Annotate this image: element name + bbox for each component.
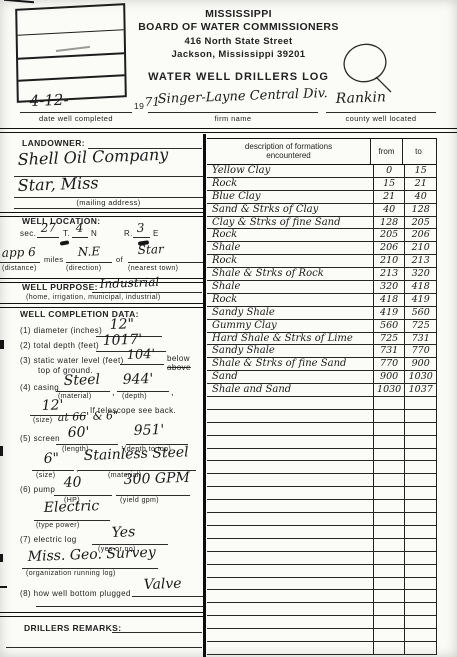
ink-smudge [60,240,70,246]
formation-from: 15 [373,178,405,190]
formation-row: Sandy Shale419560 [207,307,436,320]
formation-row [207,436,436,449]
formations-header-line2: encountered [207,151,370,160]
formation-from [373,397,405,409]
rule-line [6,647,202,648]
formation-to: 128 [404,204,436,216]
formation-description: Rock [207,229,373,241]
landowner-label: LANDOWNER: [22,139,85,148]
formation-row: Shale & Strks of Rock213320 [207,268,436,281]
formation-from [373,629,405,641]
formations-from-header: from [370,139,402,164]
formation-from [373,603,405,615]
landowner-name-value: Shell Oil Company [17,147,168,168]
formation-from [373,410,405,422]
rule-line [22,568,158,569]
rule-line [92,292,202,293]
formation-description [207,513,373,525]
formation-from [373,487,405,499]
distance-value: app 6 [2,246,36,259]
formation-description: Shale and Sand [207,384,373,396]
formation-description: Shale [207,281,373,293]
formation-description: Rock [207,255,373,267]
range-label: R. [124,230,133,238]
double-rule [0,303,204,308]
formation-row: Shale and Sand10301037 [207,384,436,397]
formation-row [207,500,436,513]
formation-description: Gummy Clay [207,320,373,332]
range-value: 3 [137,222,145,234]
formation-from: 40 [373,204,405,216]
formation-row [207,539,436,552]
formation-description [207,487,373,499]
casing-label: (4) casing [20,384,59,392]
year-prefix: 19 [134,102,144,111]
formation-row: Blue Clay2140 [207,191,436,204]
scan-edge-mark [0,340,4,349]
county-value: Rankin [336,90,387,106]
formation-description: Clay & Strks of fine Sand [207,217,373,229]
township-value: 4 [76,222,84,234]
double-rule [0,128,457,133]
formation-row: Rock418419 [207,294,436,307]
rule-line [20,112,132,113]
casing-depth-label: (depth) [122,393,147,400]
formation-row [207,578,436,591]
form-title: WATER WELL DRILLERS LOG [20,72,457,83]
total-depth-value: 1017' [103,333,143,348]
mailing-address-label: (mailing address) [14,199,203,207]
county-label: county well located [326,115,436,123]
of-label: of [116,256,123,264]
formation-description [207,642,373,654]
east-label: E [153,230,159,238]
formation-from [373,500,405,512]
formation-row [207,552,436,565]
formation-row: Clay & Strks of fine Sand128205 [207,217,436,230]
formation-from [373,526,405,538]
formation-to [404,410,436,422]
well-purpose-options-label: (home, irrigation, municipal, industrial… [26,294,161,301]
formation-to: 205 [404,217,436,229]
formation-to [404,423,436,435]
formation-to [404,449,436,461]
casing-depth-value: 944' [123,372,154,387]
formation-description [207,552,373,564]
formation-row [207,603,436,616]
rule-line [32,470,74,471]
formation-description [207,539,373,551]
formation-description: Rock [207,178,373,190]
formation-description: Sand [207,371,373,383]
pump-hp-value: 40 [64,475,82,490]
rule-line [326,112,436,113]
formation-row [207,461,436,474]
formation-from [373,642,405,654]
formation-to: 206 [404,229,436,241]
formation-row: Shale206210 [207,242,436,255]
sec-label: sec. [20,230,36,238]
electric-log-value: Yes [112,525,136,540]
rule-line [54,495,112,496]
formation-to: 731 [404,333,436,345]
org-address-line1: 416 North State Street [20,37,457,47]
rule-line [132,596,204,597]
rule-line [133,237,150,238]
date-completed-value: 4-12- [29,93,68,109]
bottom-plugged-label: (8) how well bottom plugged [20,590,131,598]
landowner-address-value: Star, Miss [17,175,98,194]
miles-label: miles [44,256,64,264]
north-label: N [91,230,97,238]
formation-description [207,500,373,512]
formation-to: 40 [404,191,436,203]
formation-to: 419 [404,294,436,306]
formation-from [373,474,405,486]
formation-row [207,449,436,462]
formation-description [207,526,373,538]
formation-to: 900 [404,358,436,370]
formation-row [207,474,436,487]
formation-from: 900 [373,371,405,383]
formation-description: Blue Clay [207,191,373,203]
formation-row [207,616,436,629]
rule-line [14,208,203,209]
formation-description [207,410,373,422]
formation-row: Gummy Clay560725 [207,320,436,333]
formation-row [207,629,436,642]
formation-to: 560 [404,307,436,319]
firm-name-label: firm name [148,115,318,123]
nearest-town-value: Star [138,243,164,256]
formation-description [207,449,373,461]
formation-from [373,539,405,551]
formation-description [207,397,373,409]
formation-row [207,487,436,500]
column-divider-line [203,134,206,657]
formation-from [373,436,405,448]
date-completed-label: date well completed [20,115,132,123]
formation-from: 128 [373,217,405,229]
formation-row [207,397,436,410]
scanned-well-log-form: MISSISSIPPI BOARD OF WATER COMMISSIONERS… [0,0,457,657]
well-location-label: WELL LOCATION: [22,217,100,226]
scan-edge-mark [4,0,34,3]
formations-body: Yellow Clay015Rock1521Blue Clay2140Sand … [207,165,436,655]
formation-to [404,629,436,641]
comma: , [171,388,174,397]
pump-power-label: (type power) [36,522,80,529]
formations-table: description of formations encountered fr… [207,138,437,655]
formation-to [404,487,436,499]
formation-to: 418 [404,281,436,293]
formation-row: Yellow Clay015 [207,165,436,178]
formation-description: Shale [207,242,373,254]
formations-header-line1: description of formations [207,142,370,151]
static-water-label: (3) static water level (feet) [20,357,124,365]
formation-row: Hard Shale & Strks of Lime725731 [207,333,436,346]
direction-label: (direction) [66,265,102,272]
scan-edge-mark [0,446,3,456]
direction-value: N.E [78,245,101,258]
formation-row [207,410,436,423]
formation-description [207,590,373,602]
rule-line [116,495,190,496]
formation-row: Sand & Strks of Clay40128 [207,204,436,217]
rule-line [36,606,204,607]
formation-description: Shale & Strks of Rock [207,268,373,280]
formation-to [404,552,436,564]
pump-power-value: Electric [44,499,100,515]
formation-to [404,436,436,448]
formation-to: 1037 [404,384,436,396]
nearest-town-label: (nearest town) [128,265,178,272]
formation-row [207,423,436,436]
formation-from: 419 [373,307,405,319]
double-rule [0,612,204,617]
formation-description [207,578,373,590]
formation-description [207,461,373,473]
formation-row: Shale320418 [207,281,436,294]
screen-label: (5) screen [20,435,60,443]
comma: , [76,464,79,473]
formation-description [207,565,373,577]
casing-size-label: (size) [33,417,53,424]
formation-to [404,526,436,538]
screen-size-value: 6" [44,451,60,466]
formation-from [373,461,405,473]
formation-to: 1030 [404,371,436,383]
formation-description: Hard Shale & Strks of Lime [207,333,373,345]
formation-from: 21 [373,191,405,203]
pump-label: (6) pump [20,486,55,494]
formation-row [207,526,436,539]
formations-description-header: description of formations encountered [207,139,370,164]
formation-row: Rock205206 [207,229,436,242]
formation-to: 213 [404,255,436,267]
formation-from: 206 [373,242,405,254]
static-water-value: 104' [127,348,156,362]
formation-description: Sandy Shale [207,307,373,319]
comma: , [112,388,115,397]
casing-size-extra-value: at 66' & 6" [58,410,119,423]
formation-row [207,565,436,578]
rule-line [120,364,164,365]
formation-from: 725 [373,333,405,345]
formation-to [404,578,436,590]
formation-row [207,590,436,603]
diameter-value: 12" [110,317,135,332]
formation-to: 21 [404,178,436,190]
formation-from: 205 [373,229,405,241]
formation-description: Shale & Strks of fine Sand [207,358,373,370]
rule-line [117,391,169,392]
rule-line [34,520,110,521]
screen-material-value: Stainless Steel [84,445,189,463]
formation-row: Shale & Strks of fine Sand770900 [207,358,436,371]
formation-from [373,513,405,525]
well-purpose-label: WELL PURPOSE: [22,283,98,292]
formation-to [404,565,436,577]
formation-description [207,603,373,615]
total-depth-label: (2) total depth (feet) [20,342,99,350]
formation-description: Yellow Clay [207,165,373,177]
formation-to: 770 [404,345,436,357]
formation-from: 213 [373,268,405,280]
formation-from [373,578,405,590]
rule-line [37,237,59,238]
scan-edge-mark [0,586,7,588]
formation-from: 770 [373,358,405,370]
formation-row: Sand9001030 [207,371,436,384]
formation-to [404,500,436,512]
formation-from [373,565,405,577]
formation-description: Sand & Strks of Clay [207,204,373,216]
rule-line [72,237,88,238]
rule-line [112,632,202,633]
formation-row: Rock1521 [207,178,436,191]
formation-description [207,474,373,486]
formation-from: 1030 [373,384,405,396]
formation-from [373,449,405,461]
formation-to [404,397,436,409]
diameter-label: (1) diameter (inches) [20,327,102,335]
screen-depth-value: 951' [134,423,165,438]
formation-row: Rock210213 [207,255,436,268]
formation-to [404,590,436,602]
formation-from [373,590,405,602]
formation-from [373,423,405,435]
electric-log-label: (7) electric log [20,536,77,544]
formation-to [404,474,436,486]
formation-to: 15 [404,165,436,177]
drillers-remarks-label: DRILLERS REMARKS: [24,624,121,633]
formation-to [404,539,436,551]
formation-description: Rock [207,294,373,306]
formation-to [404,616,436,628]
well-purpose-value: Industrial [100,276,160,290]
screen-length-value: 60' [68,425,90,440]
formation-row: Sandy Shale731770 [207,345,436,358]
rule-line [128,262,203,263]
rule-line [0,262,40,263]
formation-description [207,616,373,628]
bottom-plugged-value: Valve [144,577,182,592]
formation-to [404,513,436,525]
formation-to: 320 [404,268,436,280]
formation-from: 210 [373,255,405,267]
pump-yield-label: (yield gpm) [120,497,159,504]
org-name-line1: MISSISSIPPI [20,9,457,20]
org-address-line2: Jackson, Mississippi 39201 [20,50,457,60]
formation-from: 731 [373,345,405,357]
firm-name-value: Singer-Layne Central Div. [158,87,328,106]
formation-description [207,629,373,641]
log-organization-value: Miss. Geo. Survey [28,546,156,564]
formations-to-header: to [402,139,434,164]
formation-row [207,513,436,526]
formation-from [373,616,405,628]
rule-line [66,262,112,263]
formation-to: 210 [404,242,436,254]
formation-from: 320 [373,281,405,293]
formation-to: 725 [404,320,436,332]
formations-header-row: description of formations encountered fr… [207,139,436,165]
log-organization-label: (organization running log) [26,570,116,577]
distance-label: (distance) [2,265,37,272]
formation-from: 560 [373,320,405,332]
rule-line [56,444,118,445]
formation-from: 0 [373,165,405,177]
formation-to [404,603,436,615]
formation-to [404,642,436,654]
formation-from [373,552,405,564]
casing-material-value: Steel [64,373,101,388]
below-word: below [167,355,190,363]
org-name-line2: BOARD OF WATER COMMISSIONERS [20,22,457,33]
township-label: T. [63,230,70,238]
section-value: 27 [41,221,57,234]
above-word-struck: above [167,364,191,372]
formation-description [207,423,373,435]
formation-to [404,461,436,473]
screen-size-label: (size) [36,472,56,479]
formation-description: Sandy Shale [207,345,373,357]
formation-row [207,642,436,655]
scan-edge-mark [0,554,3,562]
pump-yield-value: 300 GPM [124,471,191,487]
formation-description [207,436,373,448]
formation-from: 418 [373,294,405,306]
rule-line [148,112,318,113]
rule-line [56,391,110,392]
